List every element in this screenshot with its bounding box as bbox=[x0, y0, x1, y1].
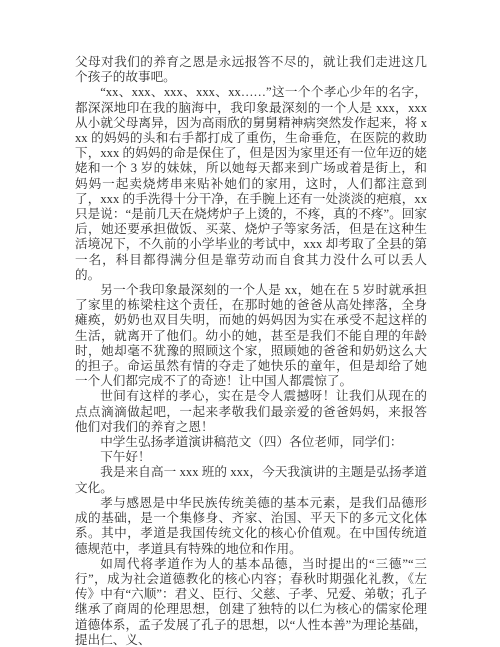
paragraph-continuation: 父母对我们的养育之恩是永远报答不尽的，就让我们走进这几个孩子的故事吧。 bbox=[75, 55, 427, 85]
paragraph: 我是来自高一 xxx 班的 xxx，今天我演讲的主题是弘扬孝道文化。 bbox=[75, 465, 427, 495]
paragraph: 如周代将孝道作为人的基本品德，当时提出的“三德”“三行”，成为社会道德教化的核心… bbox=[75, 557, 427, 647]
paragraph: “xx、xxx、xxx、xxx、xx……”这一个个孝心少年的名字，都深深地印在我… bbox=[75, 85, 427, 283]
paragraph-greeting: 下午好！ bbox=[75, 450, 427, 465]
paragraph: 孝与感恩是中华民族传统美德的基本元素，是我们品德形成的基础，是一个集修身、齐家、… bbox=[75, 496, 427, 557]
document-page: 父母对我们的养育之恩是永远报答不尽的，就让我们走进这几个孩子的故事吧。 “xx、… bbox=[0, 0, 500, 647]
paragraph: 世间有这样的孝心，实在是令人震撼呀！让我们从现在的点点滴滴做起吧，一起来孝敬我们… bbox=[75, 389, 427, 435]
paragraph-section-heading: 中学生弘扬孝道演讲稿范文（四）各位老师，同学们： bbox=[75, 435, 427, 450]
text-block: 父母对我们的养育之恩是永远报答不尽的，就让我们走进这几个孩子的故事吧。 “xx、… bbox=[75, 55, 427, 647]
paragraph: 另一个我印象最深刻的一个人是 xx，她在在 5 岁时就承担了家里的栋梁柱这个责任… bbox=[75, 283, 427, 389]
